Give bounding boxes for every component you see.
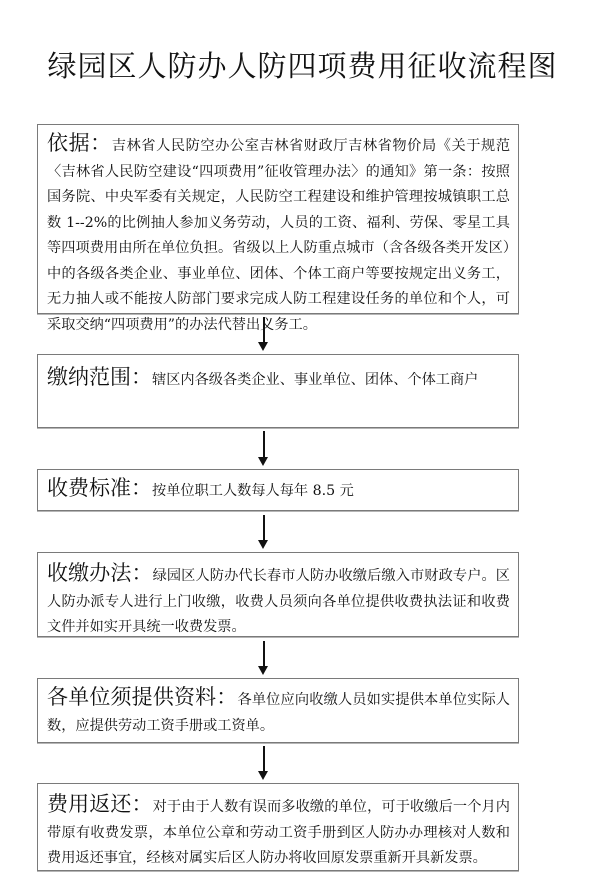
step-text: 吉林省人民防空办公室吉林省财政厅吉林省物价局《关于规范〈吉林省人民防空建设“四项… (47, 138, 510, 333)
arrow-down-icon (262, 431, 265, 466)
step-label: 收费标准： (47, 476, 152, 500)
step-basis: 依据：吉林省人民防空办公室吉林省财政厅吉林省物价局《关于规范〈吉林省人民防空建设… (37, 124, 519, 314)
step-text: 按单位职工人数每人每年 8.5 元 (152, 483, 354, 499)
step-label: 各单位须提供资料： (47, 685, 237, 709)
step-fee-refund: 费用返还：对于由于人数有误而多收缴的单位，可于收缴后一个月内带原有收费发票，本单… (37, 783, 519, 871)
step-required-materials: 各单位须提供资料：各单位应向收缴人员如实提供本单位实际人数，应提供劳动工资手册或… (37, 678, 519, 743)
arrow-down-icon (262, 746, 265, 780)
step-label: 收缴办法： (47, 561, 153, 585)
step-fee-standard: 收费标准：按单位职工人数每人每年 8.5 元 (37, 469, 519, 511)
step-text: 辖区内各级各类企业、事业单位、团体、个体工商户 (152, 372, 478, 388)
diagram-title: 绿园区人防办人防四项费用征收流程图 (0, 44, 605, 85)
arrow-down-icon (262, 515, 265, 549)
step-payment-scope: 缴纳范围：辖区内各级各类企业、事业单位、团体、个体工商户 (37, 354, 519, 428)
step-collection-method: 收缴办法：绿园区人防办代长春市人防办收缴后缴入市财政专户。区人防办派专人进行上门… (37, 552, 519, 637)
step-label: 依据： (47, 131, 112, 155)
arrow-down-icon (262, 317, 265, 351)
step-label: 缴纳范围： (47, 365, 152, 389)
arrow-down-icon (262, 641, 265, 675)
step-label: 费用返还： (47, 792, 153, 816)
